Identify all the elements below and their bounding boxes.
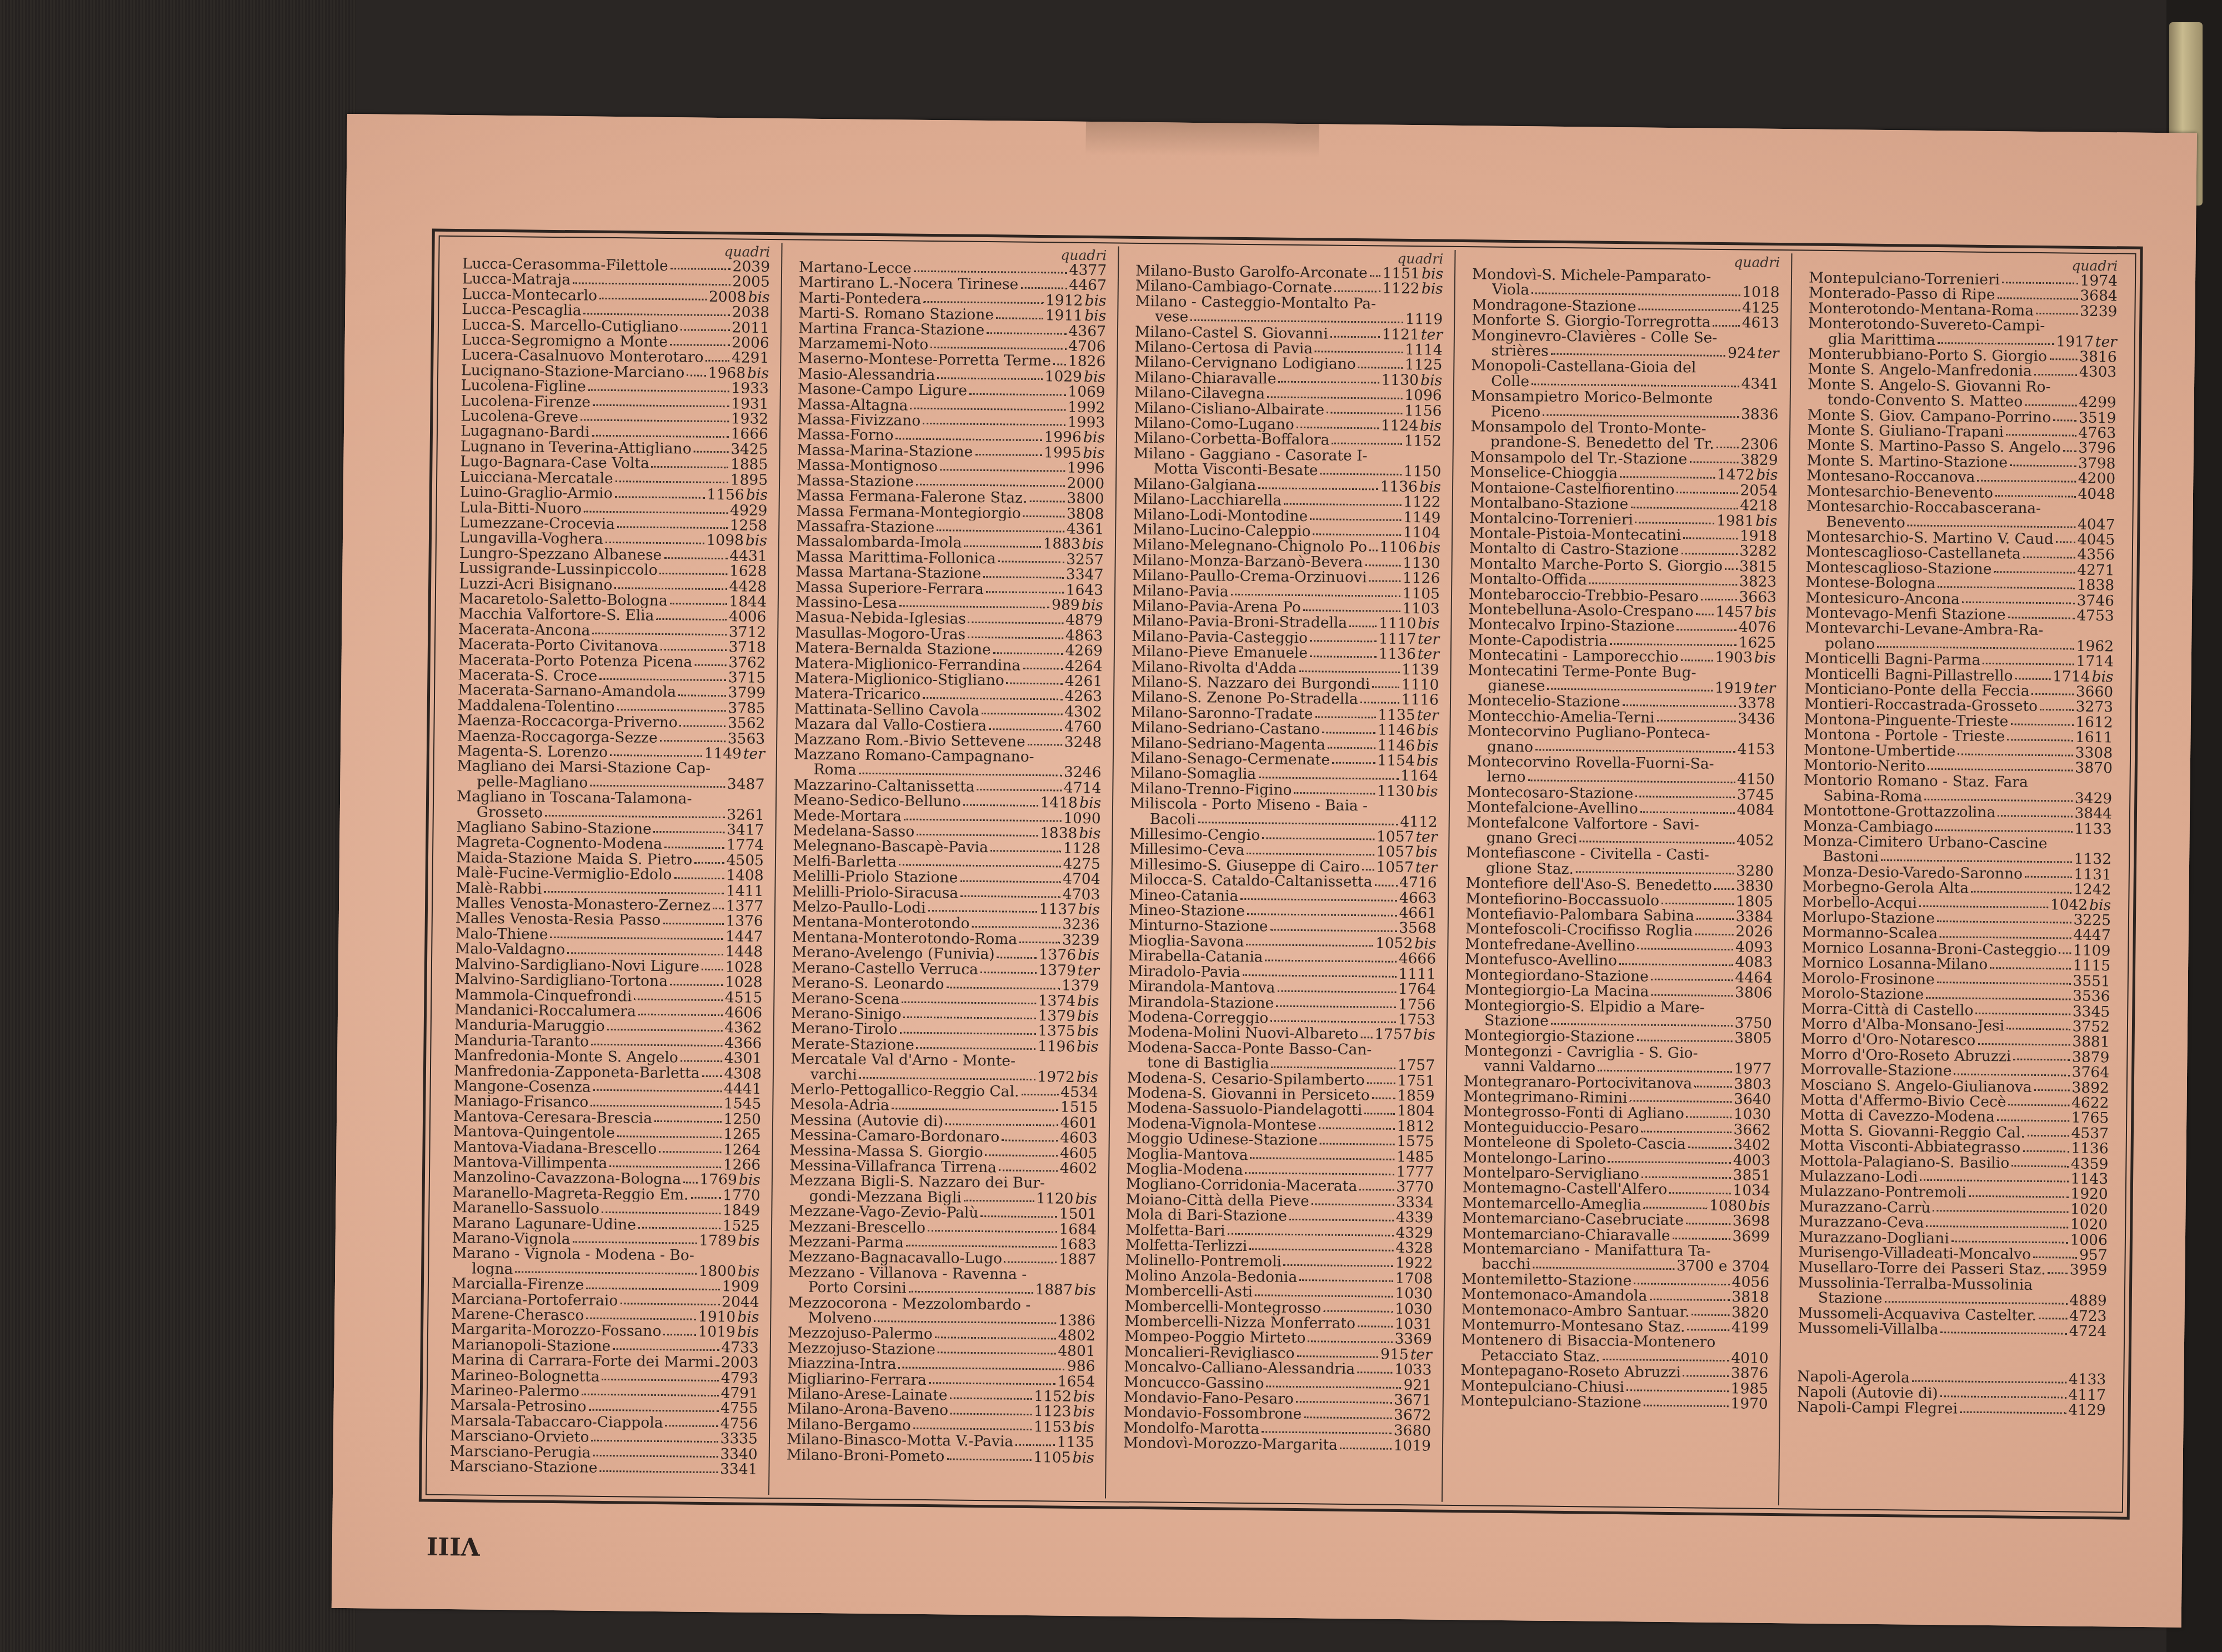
table-number: 4366 <box>724 1035 762 1051</box>
table-number: 1666 <box>730 427 768 442</box>
table-number: 1708 <box>1395 1271 1433 1286</box>
dot-leader <box>2023 556 2075 558</box>
table-number: 3800 <box>1067 491 1104 507</box>
dot-leader <box>1877 646 2074 650</box>
station-name-cont: Motta Visconti-Besate <box>1153 462 1318 479</box>
station-name: Moglia-Mantova <box>1126 1146 1248 1163</box>
station-name: Mesola-Adria <box>790 1097 889 1113</box>
table-number: 3562 <box>728 715 765 731</box>
dot-leader <box>617 1135 721 1138</box>
station-name: Morolo-Frosinone <box>1801 970 1935 987</box>
dot-leader <box>1021 1094 1058 1096</box>
table-number: 1764 <box>1398 982 1436 997</box>
station-name: Magliano Sabino-Stazione <box>456 819 651 837</box>
table-number: 3718 <box>728 639 766 655</box>
dot-leader <box>1940 1395 2066 1398</box>
index-entry: Montemarciano - Manifattura Ta-bacchi370… <box>1462 1241 1770 1275</box>
table-number: 1628 <box>729 563 767 579</box>
table-number: 1135ter <box>1378 707 1439 723</box>
station-name: Milano-Pavia-Arena Po <box>1132 598 1301 615</box>
table-number: 3745 <box>1737 787 1775 803</box>
station-name: Montemarciano-Casebruciate <box>1462 1210 1684 1228</box>
station-name: Milano-Sedriano-Magenta <box>1130 735 1325 752</box>
dot-leader <box>1657 720 1736 722</box>
table-number: 1152 <box>1404 433 1442 449</box>
station-name: Merano-Tirolo <box>791 1021 898 1037</box>
table-number: 4010 <box>1731 1350 1769 1366</box>
station-name: Mandanici-Roccalumera <box>454 1002 636 1019</box>
dot-leader <box>1270 929 1397 932</box>
table-number: 1611 <box>2075 730 2113 745</box>
station-name: Molfetta-Terlizzi <box>1125 1238 1248 1254</box>
table-number: 986 <box>1067 1359 1095 1374</box>
station-name: Milano-Lacchiarella <box>1133 492 1282 508</box>
dot-leader <box>1644 1207 1707 1209</box>
table-number: 1992 <box>1068 399 1105 415</box>
station-name: Mompeo-Poggio Mirteto <box>1124 1329 1306 1346</box>
station-name: Montese-Bologna <box>1805 575 1936 592</box>
dot-leader <box>680 1060 722 1062</box>
station-name: Marsala-Tabaccaro-Ciappola <box>450 1413 663 1430</box>
station-name: Lucca-Pescaglia <box>462 302 582 318</box>
dot-leader <box>1310 655 1376 658</box>
station-name: Masua-Nebida-Iglesias <box>795 610 966 627</box>
dot-leader <box>949 1398 1032 1400</box>
dot-leader <box>2040 709 2073 711</box>
table-number: 3425 <box>730 442 768 457</box>
station-name: Montalbano-Stazione <box>1470 495 1629 512</box>
table-number: 1970 <box>1730 1396 1768 1411</box>
table-number-suffix: bis <box>1073 1449 1094 1466</box>
table-number: 4760 <box>1064 719 1102 735</box>
index-entry: Marano - Vignola - Modena - Bo-logna1800… <box>452 1245 760 1279</box>
station-name: Monticelli Bagni-Pillastrello <box>1804 666 2013 683</box>
station-name-cont: Grosseto <box>477 804 543 820</box>
dot-leader <box>1640 811 1735 814</box>
dot-leader <box>1258 777 1398 780</box>
station-name: Milano-S. Zenone Po-Stradella <box>1131 689 1358 707</box>
table-number: 1770 <box>723 1188 760 1203</box>
station-name: Mombercelli-Montegrosso <box>1124 1298 1321 1315</box>
station-name: Milano-Arona-Baveno <box>787 1401 948 1418</box>
dot-leader <box>1332 442 1402 444</box>
dot-leader <box>923 301 1043 304</box>
dot-leader <box>582 1394 718 1397</box>
table-number: 3836 <box>1741 407 1779 422</box>
dot-leader <box>617 709 725 712</box>
station-name: Montelongo-Larino <box>1463 1150 1606 1167</box>
table-number: 4328 <box>1395 1240 1433 1256</box>
station-name: Mineo-Stazione <box>1129 903 1245 919</box>
station-name: Montescaglioso-Stazione <box>1805 559 1991 577</box>
table-number: 1756 <box>1398 997 1436 1012</box>
station-name: Milano-Saronno-Tradate <box>1131 705 1313 722</box>
index-entry: Miliscola - Porto Miseno - Baia -Bacoli4… <box>1130 796 1438 830</box>
station-name: Masio-Alessandria <box>798 366 935 383</box>
dot-leader <box>937 377 1042 380</box>
table-number: 1057ter <box>1376 859 1437 875</box>
dot-leader <box>1692 1314 1729 1316</box>
station-name: Milano-Chiaravalle <box>1134 370 1277 387</box>
table-number: 989bis <box>1052 597 1103 613</box>
station-name-cont: polano <box>1825 636 1875 652</box>
table-number: 4733 <box>721 1340 759 1355</box>
station-name-cont: gondi-Mezzana Bigli <box>809 1189 961 1205</box>
dot-leader <box>1271 1066 1395 1069</box>
table-number: 4341 <box>1741 376 1779 392</box>
station-name: Lugo-Bagnara-Case Volta <box>460 454 649 471</box>
dot-leader <box>1015 1444 1054 1446</box>
table-number: 3273 <box>2075 699 2113 715</box>
dot-leader <box>694 664 726 667</box>
index-entry: Montecorvino Pugliano-Ponteca-gnano4153 <box>1467 723 1775 757</box>
dot-leader <box>1294 792 1375 795</box>
dot-leader <box>670 268 730 271</box>
table-number: 1028 <box>725 959 763 975</box>
station-name: Montona - Portole - Trieste <box>1804 727 2005 744</box>
dot-leader <box>1935 829 2072 833</box>
table-number: 3417 <box>727 822 764 838</box>
station-name: Merano-S. Leonardo <box>792 975 944 992</box>
table-number: 1020 <box>2070 1217 2108 1233</box>
dot-leader <box>980 972 1037 974</box>
station-name: Massa Superiore-Ferrara <box>795 579 984 597</box>
station-name: Mulazzano-Pontremoli <box>1799 1184 1966 1201</box>
index-entry: Mussolinia-Terralba-MussoliniaStazione48… <box>1798 1275 2108 1309</box>
dot-leader <box>1308 1340 1392 1343</box>
dot-leader <box>874 1320 1056 1324</box>
dot-leader <box>1310 518 1401 521</box>
table-number: 1156bis <box>707 487 768 503</box>
station-name: Malè-Rabbi <box>456 880 542 897</box>
table-number: 2008bis <box>709 289 770 306</box>
table-number: 4084 <box>1736 802 1774 818</box>
index-entry: Montenero di Bisaccia-MonteneroPetacciat… <box>1461 1333 1769 1366</box>
index-entry: Montefalcone Valfortore - Savi-gnano Gre… <box>1466 815 1774 849</box>
dot-leader <box>899 1366 1065 1370</box>
station-name: Montefusco-Avellino <box>1465 952 1617 968</box>
dot-leader <box>599 298 707 301</box>
dot-leader <box>914 271 1067 274</box>
table-number: 1080bis <box>1709 1198 1770 1214</box>
table-number: 3712 <box>729 624 767 640</box>
dot-leader <box>2023 1150 2069 1152</box>
table-number: 3816 <box>2079 349 2117 365</box>
station-name: Modena-Vignola-Montese <box>1127 1116 1317 1133</box>
dot-leader <box>2059 953 2071 954</box>
table-number: 3236 <box>1062 917 1100 933</box>
dot-leader <box>1297 1355 1378 1358</box>
station-name: Milano-Galgiana <box>1133 477 1257 493</box>
dot-leader <box>638 1227 720 1230</box>
dot-leader <box>660 572 727 574</box>
station-name: Mattinata-Sellino Cavola <box>794 701 979 718</box>
dot-leader <box>999 1170 1058 1172</box>
station-name: Montegrimano-Rimini <box>1463 1089 1627 1105</box>
table-number: 3568 <box>1399 920 1437 936</box>
dot-leader <box>694 862 724 864</box>
table-number: 1887bis <box>1035 1282 1096 1298</box>
dot-leader <box>1551 353 1725 357</box>
table-number: 2039 <box>733 259 770 274</box>
table-number: 1968bis <box>708 366 769 382</box>
dot-leader <box>1255 1294 1393 1298</box>
table-number: 1408 <box>726 868 764 883</box>
dot-leader <box>1328 747 1375 749</box>
dot-leader <box>1662 903 1734 905</box>
station-name: Morro d'Oro-Notaresco <box>1801 1032 1976 1049</box>
station-name-cont: Molveno <box>808 1310 872 1326</box>
station-name: Luino-Graglio-Armio <box>460 484 613 501</box>
table-number: 1125 <box>1405 357 1443 373</box>
book-page: quadriLucca-Cerasomma-Filettole2039Lucca… <box>332 114 2197 1628</box>
station-name: Massa Fermana-Falerone Staz. <box>797 488 1028 506</box>
station-name: Masullas-Mogoro-Uras <box>795 625 965 642</box>
table-number: 3830 <box>1736 879 1774 894</box>
dot-leader <box>2034 1089 2070 1092</box>
dot-leader <box>1908 524 2075 528</box>
table-number: 3225 <box>2073 913 2111 928</box>
station-name: Matera-Bernalda Stazione <box>795 640 991 658</box>
dot-leader <box>950 1413 1032 1415</box>
table-number: 3798 <box>2078 456 2116 472</box>
table-number: 1918 <box>1740 528 1778 544</box>
table-number: 3384 <box>1735 909 1773 924</box>
dot-leader <box>1920 1179 2068 1183</box>
station-name: Masone-Campo Ligure <box>798 382 967 399</box>
table-number: 1104 <box>1403 525 1441 540</box>
station-name: Malvino-Sardigliano-Tortona <box>455 972 668 989</box>
station-name-cont: lerno <box>1487 769 1525 785</box>
dot-leader <box>1713 324 1739 327</box>
dot-leader <box>947 1459 1031 1461</box>
station-name: Monselice-Chioggia <box>1470 464 1618 481</box>
station-name: Milano-Binasco-Motta V.-Pavia <box>787 1432 1013 1450</box>
dot-leader <box>615 480 728 483</box>
table-number: 4791 <box>720 1385 758 1401</box>
dot-leader <box>1912 1380 2066 1383</box>
table-number: 1683 <box>1059 1237 1097 1253</box>
table-number: 1149ter <box>704 746 765 762</box>
dot-leader <box>687 375 705 377</box>
table-number: 3257 <box>1066 552 1104 567</box>
table-number: 1265 <box>723 1127 761 1142</box>
table-number: 4339 <box>1396 1210 1434 1225</box>
dot-leader <box>1995 495 2075 498</box>
dot-leader <box>1933 1210 2068 1213</box>
dot-leader <box>1649 1298 1729 1301</box>
table-number: 4047 <box>2078 517 2115 532</box>
station-name: Milano-Lodi-Montodine <box>1133 507 1308 524</box>
table-number: 924ter <box>1728 346 1779 361</box>
station-name-cont: Viola <box>1492 282 1530 298</box>
table-number: 4663 <box>1399 890 1437 906</box>
station-name: Mondolfo-Marotta <box>1123 1420 1259 1437</box>
table-number: 3823 <box>1739 574 1777 589</box>
table-number: 1128 <box>1063 841 1101 857</box>
dot-leader <box>1686 1223 1730 1225</box>
table-number: 1753 <box>1398 1012 1435 1028</box>
table-number: 4537 <box>2071 1125 2109 1141</box>
table-number: 1028 <box>725 974 763 990</box>
dot-leader <box>599 678 726 681</box>
station-name: Mottola-Palagiano-S. Basilio <box>1799 1153 2009 1170</box>
dot-leader <box>1680 659 1713 662</box>
dot-leader <box>1270 1020 1395 1023</box>
dot-leader <box>2034 374 2077 376</box>
station-name: Murazzano-Dogliani <box>1799 1229 1949 1246</box>
table-number: 1266 <box>723 1157 761 1173</box>
dot-leader <box>1676 492 1738 494</box>
dot-leader <box>1701 599 1737 601</box>
table-number: 1152bis <box>1034 1389 1095 1405</box>
station-name: Malles Venosta-Resia Passo <box>456 911 661 928</box>
dot-leader <box>1623 704 1736 707</box>
dot-leader <box>2063 450 2076 452</box>
table-number: 1375bis <box>1038 1023 1099 1039</box>
table-number: 1376 <box>725 914 763 929</box>
station-name: Meano-Sedico-Belluno <box>793 793 961 810</box>
station-name: Milano-Monza-Barzanò-Bevera <box>1133 553 1363 570</box>
dot-leader <box>1364 1113 1395 1115</box>
dot-leader <box>654 1120 722 1123</box>
index-entry: Monsampietro Morico-BelmontePiceno3836 <box>1470 388 1779 422</box>
dot-leader <box>1250 1157 1394 1160</box>
table-number: 4706 <box>1068 339 1106 354</box>
table-number: 4753 <box>2076 608 2114 624</box>
dot-leader <box>1589 582 1737 585</box>
table-number: 4269 <box>1065 643 1103 659</box>
dot-leader <box>1004 1261 1057 1263</box>
station-name: Motta S. Giovanni-Reggio Cal. <box>1800 1123 2025 1140</box>
dot-leader <box>1638 948 1733 951</box>
dot-leader <box>1240 898 1397 902</box>
table-number-suffix: bis <box>1077 1038 1098 1055</box>
index-entry: Magliano in Toscana-Talamona-Grosseto326… <box>457 789 765 823</box>
dot-leader <box>1002 1139 1058 1142</box>
dot-leader <box>1884 1301 2067 1304</box>
station-name: Montaione-Castelfiorentino <box>1470 480 1675 497</box>
table-number: 1130 <box>1403 555 1440 571</box>
table-number: 1122bis <box>1382 281 1443 297</box>
station-name: Montemagno-Castell'Alfero <box>1463 1180 1668 1198</box>
table-number: 1057ter <box>1377 829 1438 845</box>
station-name: Merlo-Pettogallico-Reggio Cal. <box>790 1082 1019 1099</box>
dot-leader <box>1940 1332 2066 1335</box>
table-number: 1156 <box>1404 403 1442 419</box>
dot-leader <box>2025 876 2071 878</box>
station-name: Marsciano-Orvieto <box>450 1428 589 1445</box>
table-number: 4052 <box>1736 833 1774 848</box>
spacer <box>1797 1336 2106 1373</box>
dot-leader <box>2039 1318 2067 1320</box>
table-number: 3715 <box>728 670 766 685</box>
station-name: Morro d'Oro-Roseto Abruzzi <box>1800 1047 2011 1064</box>
dot-leader <box>945 1124 1058 1127</box>
table-number: 3844 <box>2074 806 2112 822</box>
table-number: 1103 <box>1402 601 1440 617</box>
station-name: Modena-Correggio <box>1128 1009 1268 1026</box>
table-number: 1019 <box>1393 1438 1431 1454</box>
station-name: Mantova-Viadana-Brescello <box>453 1139 657 1157</box>
table-number: 1132 <box>2074 852 2112 867</box>
table-number: 1844 <box>729 594 767 609</box>
station-name: Medelana-Sasso <box>793 823 914 840</box>
dot-leader <box>1299 1279 1393 1282</box>
table-number: 915ter <box>1380 1346 1432 1362</box>
dot-leader <box>938 1352 1055 1355</box>
station-name: Montefiavio-Palombara Sabina <box>1465 906 1694 924</box>
dot-leader <box>1960 1411 2066 1414</box>
table-number: 4889 <box>2069 1293 2107 1309</box>
station-name: Monte-Capodistria <box>1468 632 1608 649</box>
station-name: Morra-Città di Castello <box>1801 1001 1974 1018</box>
station-name: Montesano-Roccanova <box>1806 468 1975 485</box>
dot-leader <box>2025 404 2076 406</box>
station-name: Macaretolo-Saletto-Bologna <box>459 591 668 608</box>
station-name: Montemonaco-Amandola <box>1462 1286 1648 1304</box>
table-number: 1922 <box>1395 1255 1433 1271</box>
station-name: Montottone-Grottazzolina <box>1803 803 1996 820</box>
dot-leader <box>1994 571 2075 574</box>
index-entry: Milano - Gaggiano - Casorate I-Motta Vis… <box>1133 446 1442 480</box>
station-name: Montegrosso-Fonti di Agliano <box>1463 1104 1684 1122</box>
table-number: 4714 <box>1064 780 1102 795</box>
dot-leader <box>1580 841 1734 844</box>
dot-leader <box>2011 1165 2069 1167</box>
station-name-cont: gnano <box>1487 739 1533 754</box>
dot-leader <box>1258 487 1378 490</box>
station-name: Magreta-Cognento-Modena <box>456 835 662 852</box>
dot-leader <box>1190 319 1403 323</box>
dot-leader <box>1365 564 1400 567</box>
dot-leader <box>551 937 724 940</box>
dot-leader <box>592 435 729 438</box>
station-name: Mirandola-Mantova <box>1128 979 1275 995</box>
table-number: 4515 <box>725 990 763 1005</box>
index-entry: Mezzocorona - Mezzolombardo -Molveno1386 <box>788 1295 1096 1329</box>
table-number: 4428 <box>729 579 767 594</box>
table-number: 3369 <box>1394 1331 1432 1347</box>
dot-leader <box>858 773 1062 777</box>
dot-leader <box>937 529 1064 532</box>
station-name: Malo-Valdagno <box>455 941 565 957</box>
dot-leader <box>656 618 727 620</box>
station-name: Millesimo-S. Giuseppe di Cairo <box>1129 857 1360 875</box>
station-name: Monteguiduccio-Pesaro <box>1463 1119 1639 1137</box>
station-name: Maranello-Sassuolo <box>452 1200 599 1217</box>
dot-leader <box>680 725 725 727</box>
table-number: 1545 <box>724 1097 762 1112</box>
table-number: 4356 <box>2077 547 2115 563</box>
station-name: Molino Anzola-Bedonia <box>1125 1268 1298 1285</box>
dot-leader <box>977 789 1062 792</box>
dot-leader <box>609 1165 720 1168</box>
table-number: 3879 <box>2072 1049 2110 1065</box>
table-number: 4763 <box>2079 425 2116 441</box>
station-name: Montelparo-Servigliano <box>1463 1165 1639 1182</box>
station-name: Monte S. Martino-Stazione <box>1806 453 2008 470</box>
table-number: 1996 <box>1067 460 1105 476</box>
station-name: Lucca-Cerasomma-Filettole <box>462 256 668 273</box>
station-name: Lugagnano-Bardi <box>461 424 590 440</box>
dot-leader <box>670 603 727 605</box>
station-name: Martina Franca-Stazione <box>798 321 985 338</box>
station-name: Marzamemi-Noto <box>798 336 929 353</box>
table-number: 3803 <box>1734 1077 1771 1092</box>
table-number: 1106bis <box>1379 540 1440 556</box>
dot-leader <box>902 1001 1036 1004</box>
